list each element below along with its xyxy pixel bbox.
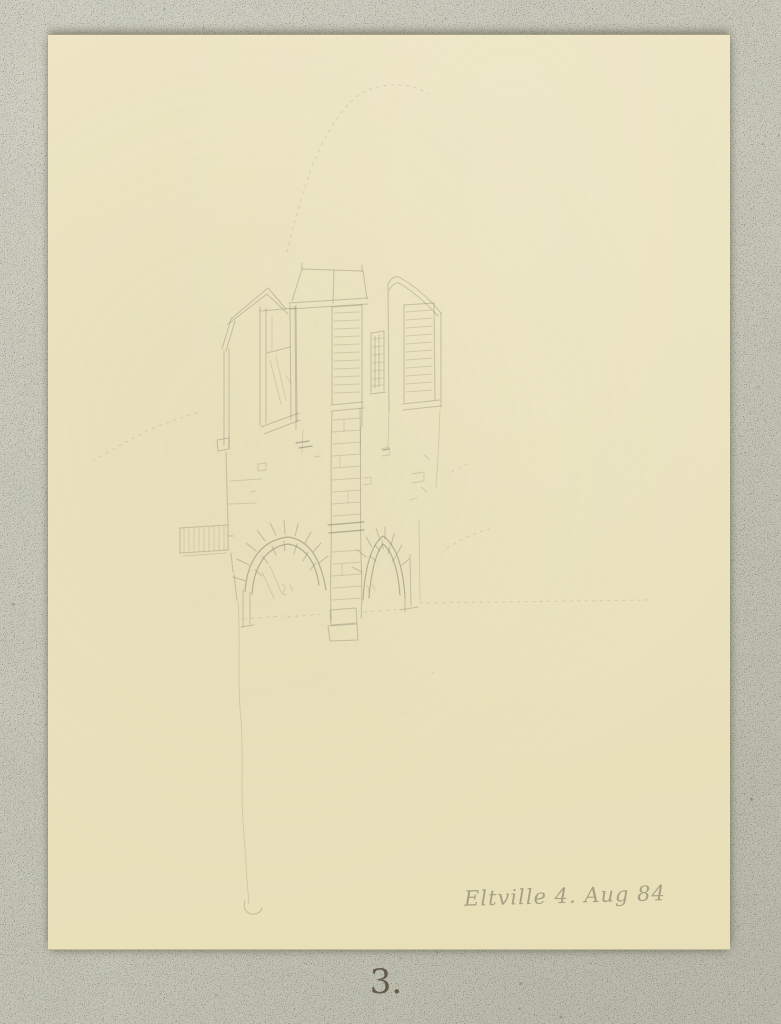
paper-specks bbox=[199, 76, 665, 879]
belfry-slats bbox=[334, 310, 432, 393]
wall-smudges bbox=[296, 441, 389, 450]
chain-block-lines bbox=[332, 418, 361, 600]
left-wall-edge bbox=[217, 349, 237, 600]
arch-jambs bbox=[241, 555, 418, 627]
turret-roof bbox=[289, 263, 368, 309]
lower-wall-line bbox=[238, 602, 249, 904]
ground-line bbox=[420, 600, 648, 603]
foliage-lines bbox=[93, 85, 489, 548]
pencil-sketch bbox=[0, 0, 781, 1024]
threshold-lines bbox=[244, 609, 402, 619]
lower-wall-hook bbox=[244, 901, 262, 914]
machicolation-beam bbox=[180, 525, 233, 553]
scanned-drawing-page: { "artwork": { "inscription": "Eltville … bbox=[0, 0, 781, 1024]
chain-capital bbox=[328, 522, 364, 533]
sheet-number: 3. bbox=[362, 962, 410, 1003]
wall-course-lines bbox=[229, 410, 440, 504]
turret-body bbox=[295, 305, 364, 430]
wall-stone-marks bbox=[250, 447, 429, 500]
gate-arches bbox=[245, 536, 405, 600]
left-dormer-shading bbox=[270, 316, 291, 404]
artist-inscription: Eltville 4. Aug 84 bbox=[464, 883, 665, 910]
left-dormer bbox=[222, 288, 300, 434]
